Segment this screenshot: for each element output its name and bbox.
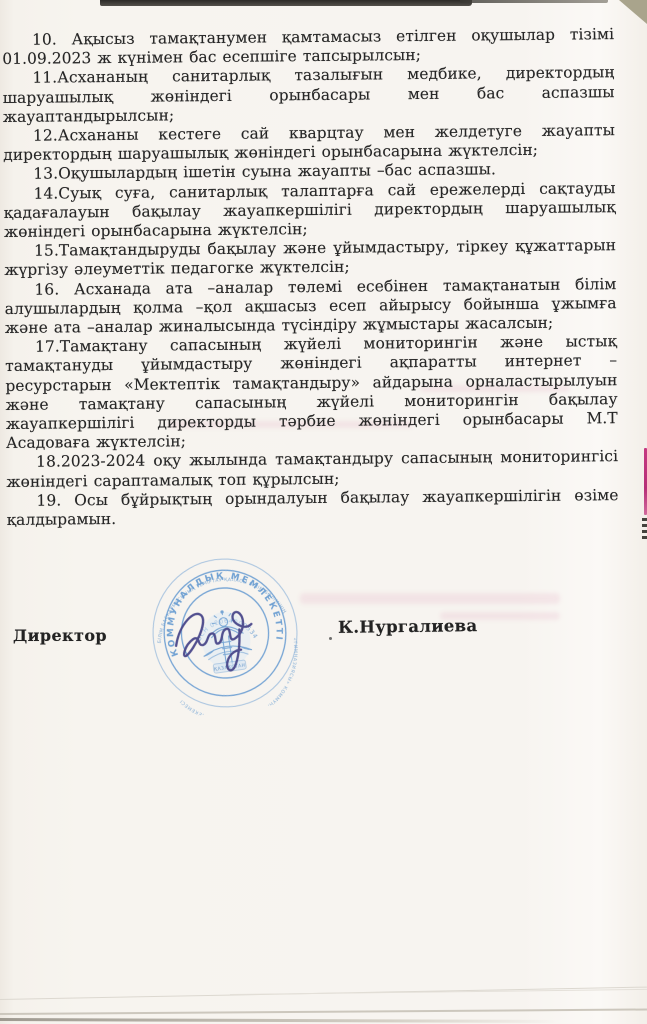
order-item-17: 17.Тамақтану сапасының жүйелі мониторинг… [5, 332, 618, 453]
scanner-shadow-band-thin [460, 0, 608, 3]
scanner-shadow-band [100, 0, 472, 6]
director-role-label: Директор [13, 626, 107, 645]
edge-dash-mark [642, 530, 647, 533]
edge-dash-mark [642, 524, 647, 527]
ink-dot-artifact [329, 637, 332, 640]
official-round-stamp: БІЛІМ БАСҚАРМАСЫНЫҢ ТЕМІРТАУ ҚАЛАСЫ БІЛІ… [139, 545, 311, 721]
stamp-seal-graphic: БІЛІМ БАСҚАРМАСЫНЫҢ ТЕМІРТАУ ҚАЛАСЫ БІЛІ… [139, 545, 311, 721]
signer-name: К.Нургалиева [338, 616, 478, 637]
scanned-document-page: 10. Ақысыз тамақтанумен қамтамасыз етілг… [0, 0, 647, 1024]
bleed-through-smudge [300, 593, 560, 604]
order-item-12: 12.Асхананы кестеге сай кварцтау мен жел… [3, 121, 615, 165]
order-item-14: 14.Суық суға, санитарлық талаптарға сай … [3, 179, 616, 242]
order-item-19: 19. Осы бұйрықтың орындалуын бақылау жау… [6, 486, 618, 530]
page-corner-fold [619, 0, 647, 24]
order-text-block: 10. Ақысыз тамақтанумен қамтамасыз етілг… [2, 25, 619, 530]
paper-crease-line [0, 1008, 647, 1015]
order-item-10: 10. Ақысыз тамақтанумен қамтамасыз етілг… [2, 25, 614, 69]
order-item-16: 16. Асханада ата –аналар төлемі есебінен… [4, 275, 617, 338]
order-item-15: 15.Тамақтандыруды бақылау және ұйымдасты… [4, 236, 616, 280]
edge-dash-mark [642, 518, 647, 521]
edge-dash-mark [642, 536, 647, 539]
paper-crease-line [0, 1018, 560, 1023]
order-item-11: 11.Асхананың санитарлық тазалығын медбик… [2, 64, 615, 127]
order-item-18: 18.2023-2024 оқу жылында тамақтандыру са… [6, 448, 618, 492]
